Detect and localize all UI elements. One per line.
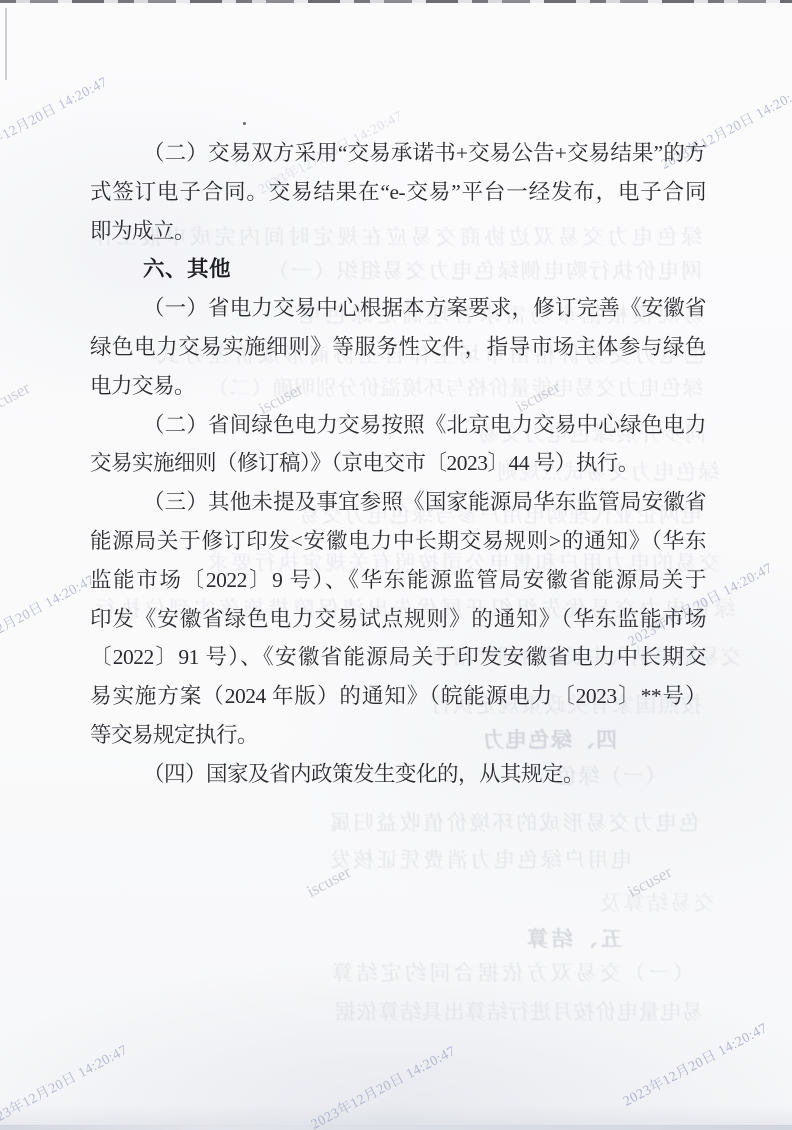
timestamp-watermark: 2023年12月20日 14:20:47 xyxy=(619,1017,771,1110)
user-watermark: iscuser xyxy=(624,862,675,902)
timestamp-watermark: 2023年12月20日 14:20:47 xyxy=(0,569,98,662)
bleedthrough-line: 交易结算及有关 xyxy=(600,888,715,918)
document-line: 绿色电力交易实施细则》等服务性文件，指导市场主体参与绿色 xyxy=(90,328,706,367)
scan-bottom-shading xyxy=(0,1104,792,1126)
scanned-document-page: 2023年12月20日 14:20:472023年12月20日 14:20:47… xyxy=(0,0,792,1130)
bleedthrough-line: 五、结算 xyxy=(527,925,622,955)
document-line: 监能市场〔2022〕9 号）、《华东能源监管局安徽省能源局关于 xyxy=(90,561,706,600)
document-text-block: （二）交易双方采用“交易承诺书+交易公告+交易结果”的方 式签订电子合同。交易结… xyxy=(90,134,706,794)
bleedthrough-line: 电用户绿色电力消费凭证核发 xyxy=(330,845,632,875)
document-line: （四）国家及省内政策发生变化的，从其规定。 xyxy=(90,755,706,794)
document-line: 易实施方案（2024 年版）的通知》（皖能源电力〔2023〕**号） xyxy=(90,677,706,716)
document-line: 印发《安徽省绿色电力交易试点规则》的通知》（华东监能市场 xyxy=(90,600,706,639)
ink-speck xyxy=(243,122,246,125)
scan-edge-left-artifact xyxy=(5,8,7,80)
document-line: 能源局关于修订印发<安徽电力中长期交易规则>的通知》（华东 xyxy=(90,522,706,561)
document-line: 〔2022〕91 号）、《安徽省能源局关于印发安徽省电力中长期交 xyxy=(90,638,706,677)
bleedthrough-line: （一）交易双方依据合同约定结算 xyxy=(332,958,694,988)
section-heading: 六、其他 xyxy=(90,250,706,289)
document-line: （二）省间绿色电力交易按照《北京电力交易中心绿色电力 xyxy=(90,406,706,445)
document-line: （二）交易双方采用“交易承诺书+交易公告+交易结果”的方 xyxy=(90,134,706,173)
bleedthrough-line: 色电力交易形成的环境价值收益归属 xyxy=(330,808,700,838)
document-line: 式签订电子合同。交易结果在“e-交易”平台一经发布，电子合同 xyxy=(90,173,706,212)
document-line: 交易实施细则（修订稿）》（京电交市〔2023〕44 号）执行。 xyxy=(90,444,706,483)
scan-edge-bottom-artifact xyxy=(0,1125,792,1130)
user-watermark: iscuser xyxy=(0,378,34,418)
document-line: （一）省电力交易中心根据本方案要求，修订完善《安徽省 xyxy=(90,289,706,328)
bleedthrough-line: 易电量电价按月进行结算出具结算依据 xyxy=(335,997,703,1027)
scan-edge-top-artifact xyxy=(0,0,792,3)
document-line: （三）其他未提及事宜参照《国家能源局华东监管局安徽省 xyxy=(90,483,706,522)
document-line: 电力交易。 xyxy=(90,367,706,406)
document-line: 即为成立。 xyxy=(90,212,706,251)
user-watermark: iscuser xyxy=(303,862,354,902)
document-line: 等交易规定执行。 xyxy=(90,716,706,755)
